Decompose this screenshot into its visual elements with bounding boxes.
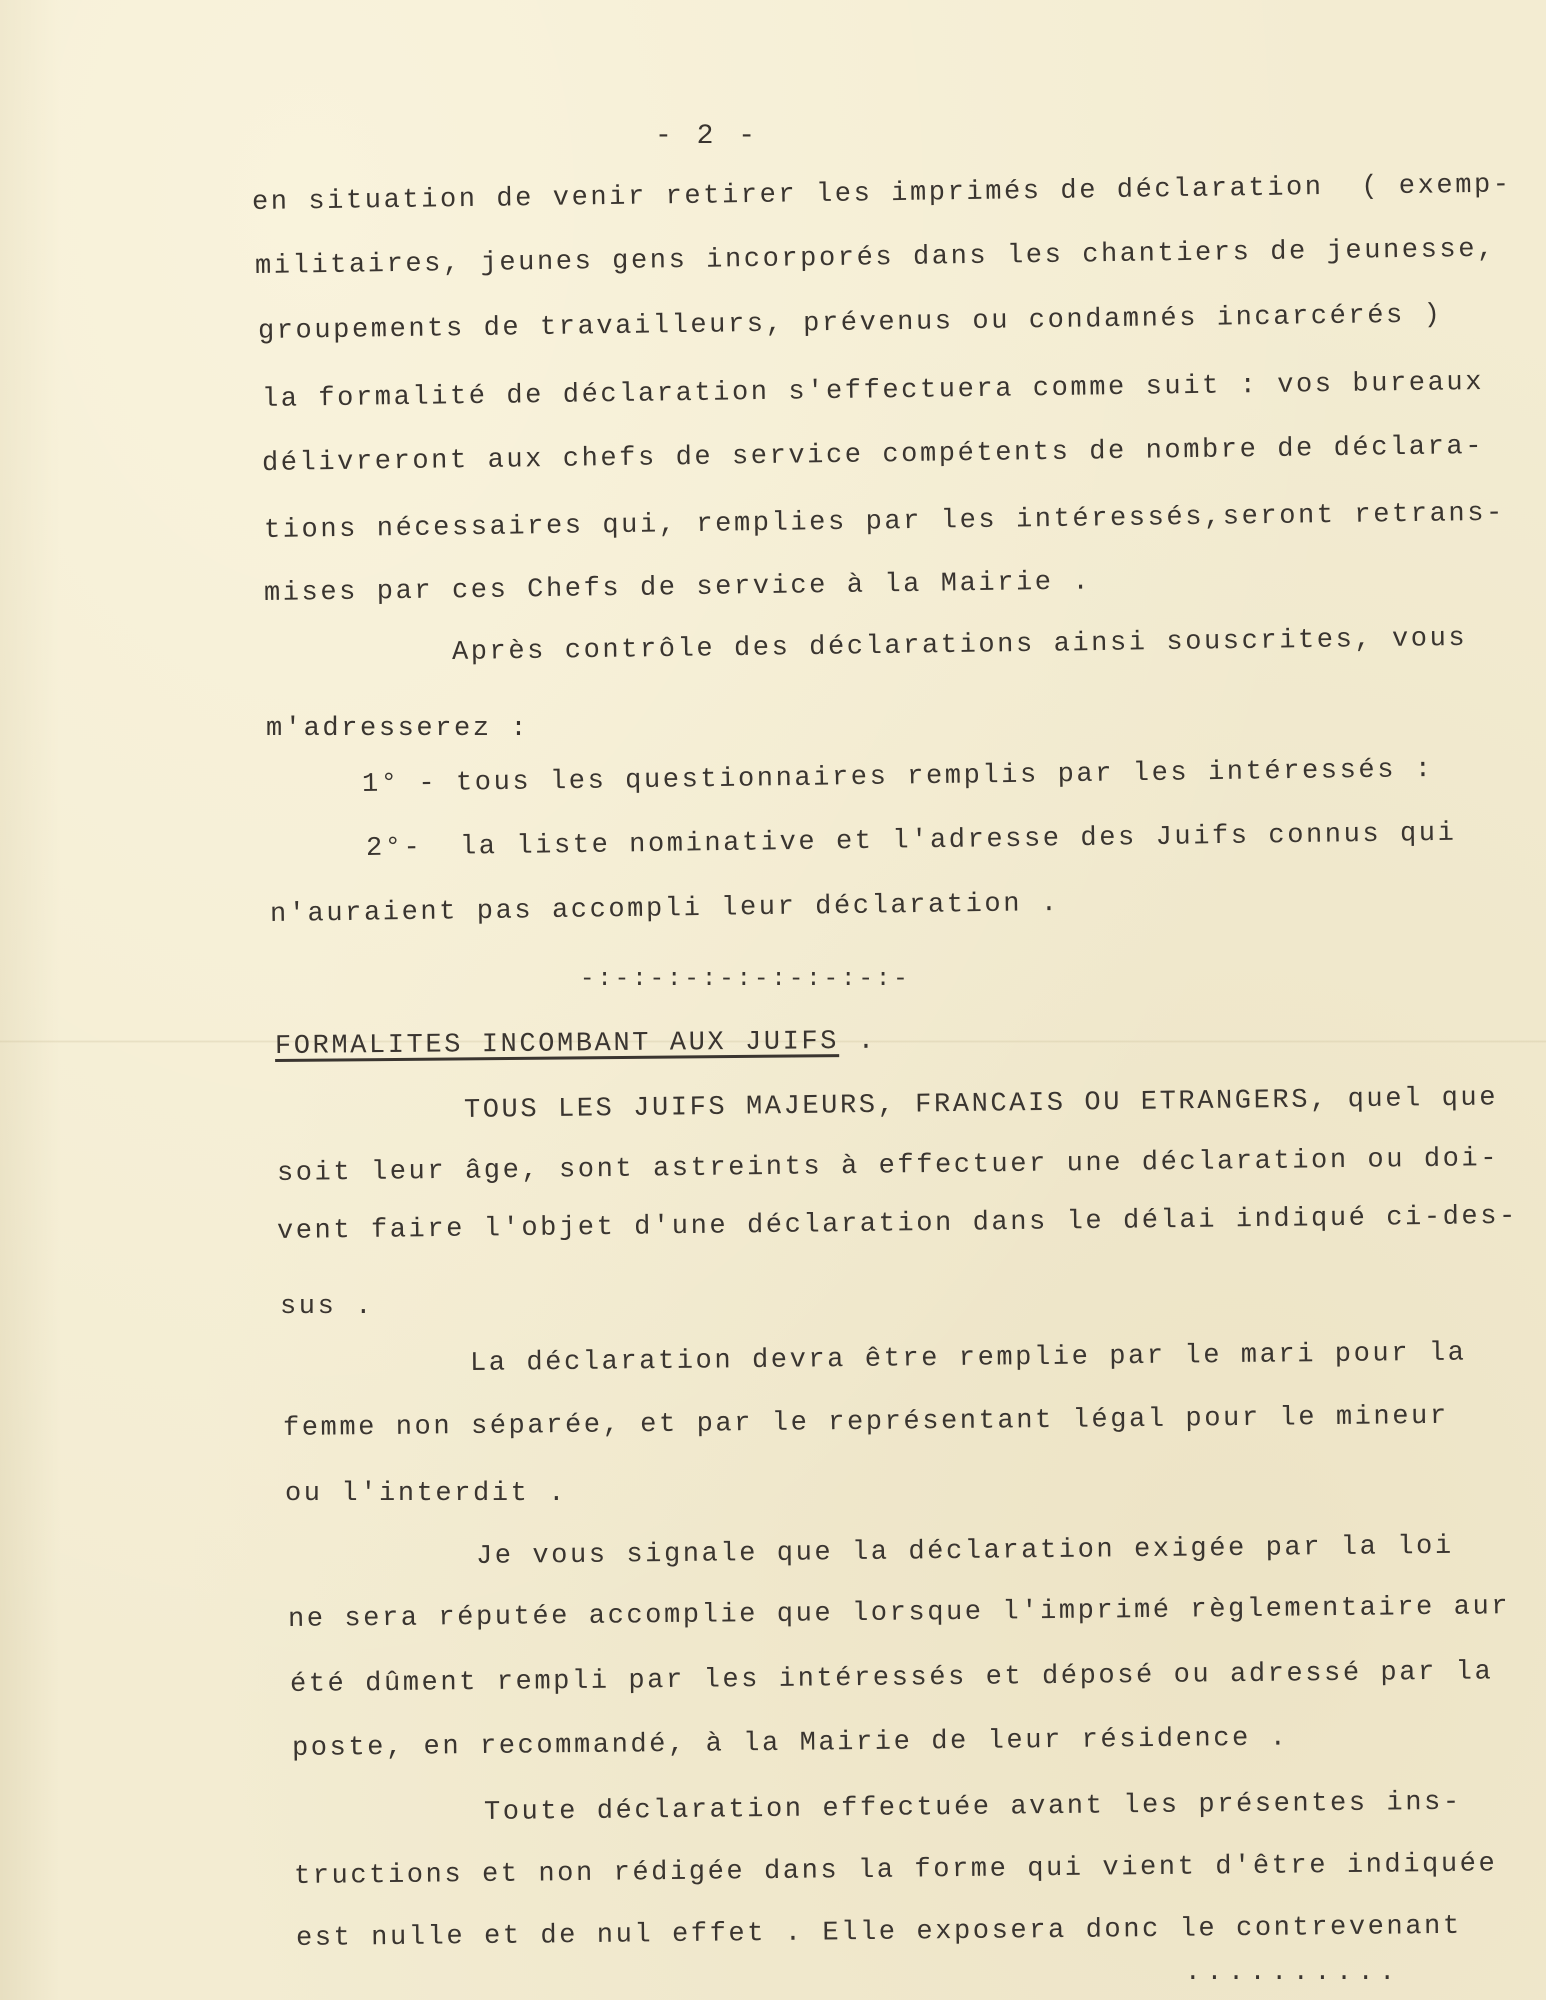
section-separator: -:-:-:-:-:-:-:-:-:-	[580, 963, 911, 997]
heading-text: FORMALITES INCOMBANT AUX JUIFS	[275, 1027, 839, 1062]
continuation-dots: ..........	[1185, 1955, 1401, 1989]
section-heading: FORMALITES INCOMBANT AUX JUIFS .	[275, 1025, 877, 1064]
page-number: - 2 -	[655, 120, 759, 154]
text-line: m'adresserez :	[266, 712, 529, 746]
text-line: ou l'interdit .	[285, 1477, 567, 1511]
text-line: sus .	[280, 1290, 374, 1324]
heading-punct: .	[839, 1027, 877, 1057]
